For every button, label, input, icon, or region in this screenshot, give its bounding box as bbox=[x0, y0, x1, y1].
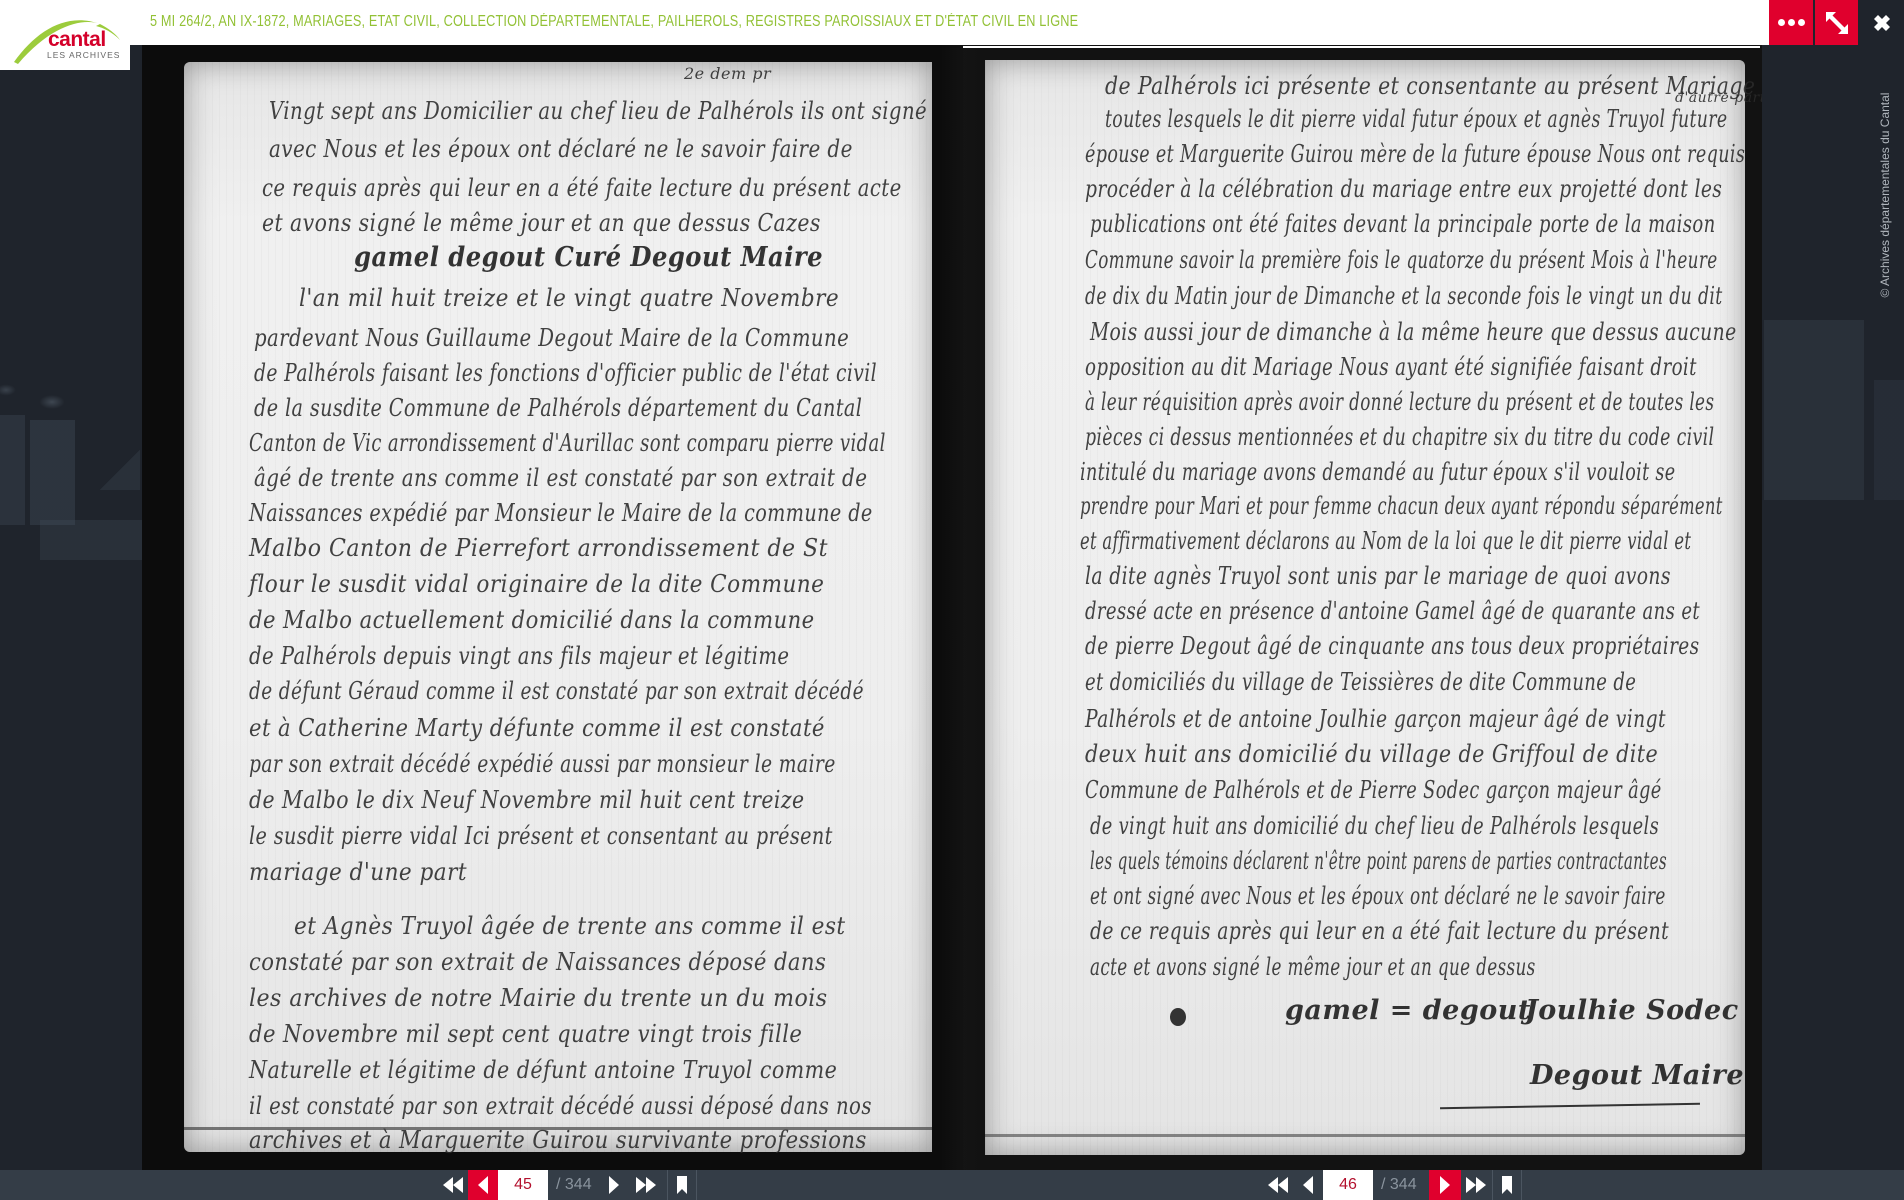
triangle-right-icon bbox=[1439, 1175, 1451, 1195]
triangle-left-icon bbox=[477, 1175, 489, 1195]
nav-divider bbox=[696, 1170, 697, 1200]
handwritten-line: de vingt huit ans domicilié du chef lieu… bbox=[1090, 812, 1659, 840]
bookmark-button[interactable] bbox=[668, 1170, 696, 1200]
handwritten-line: pardevant Nous Guillaume Degout Maire de… bbox=[254, 324, 849, 352]
page-total: / 344 bbox=[1381, 1176, 1417, 1194]
handwritten-line: le susdit pierre vidal Ici présent et co… bbox=[249, 822, 833, 850]
handwritten-line: acte et avons signé le même jour et an q… bbox=[1090, 953, 1536, 981]
handwritten-line: Palhérols et de antoine Joulhie garçon m… bbox=[1085, 705, 1666, 733]
handwritten-line: opposition au dit Mariage Nous ayant été… bbox=[1085, 353, 1697, 381]
handwritten-line: de défunt Géraud comme il est constaté p… bbox=[249, 677, 864, 705]
handwritten-line: et domiciliés du village de Teissières d… bbox=[1085, 668, 1636, 696]
signature: Joulhie Sodec bbox=[1525, 995, 1739, 1026]
more-options-button[interactable] bbox=[1769, 0, 1813, 45]
nav-divider bbox=[1521, 1170, 1522, 1200]
handwritten-line: Commune savoir la première fois le quato… bbox=[1085, 246, 1718, 274]
handwritten-line: de Palhérols ici présente et consentante… bbox=[1105, 72, 1755, 100]
right-page-navigation: / 344 bbox=[1263, 1170, 1533, 1200]
expand-arrows-icon bbox=[1823, 9, 1851, 37]
paper-left: 2e dem pr Vingt sept ans Domicilier au c… bbox=[184, 62, 932, 1152]
scan-page-left[interactable]: 2e dem pr Vingt sept ans Domicilier au c… bbox=[142, 45, 964, 1170]
handwritten-line: Canton de Vic arrondissement d'Aurillac … bbox=[249, 429, 886, 457]
signature-underline bbox=[1440, 1103, 1700, 1110]
document-title: 5 MI 264/2, AN IX-1872, MARIAGES, ETAT C… bbox=[150, 13, 1078, 31]
handwritten-line: Naissances expédié par Monsieur le Maire… bbox=[249, 499, 873, 527]
page-number-input[interactable] bbox=[1323, 1170, 1373, 1200]
page-total: / 344 bbox=[556, 1176, 592, 1194]
paper-right: de Palhérols ici présente et consentante… bbox=[985, 60, 1745, 1155]
next-page-button[interactable] bbox=[1429, 1170, 1461, 1200]
handwritten-line: intitulé du mariage avons demandé au fut… bbox=[1080, 458, 1676, 486]
ellipsis-icon bbox=[1778, 19, 1805, 26]
signature: Degout Maire bbox=[1530, 1060, 1744, 1091]
ink-blot bbox=[1170, 1008, 1186, 1026]
fullscreen-button[interactable] bbox=[1815, 0, 1858, 45]
logo-wordmark: cantal bbox=[48, 28, 106, 52]
close-icon bbox=[1870, 11, 1894, 35]
handwritten-line: publications ont été faites devant la pr… bbox=[1090, 210, 1716, 238]
handwritten-line: Naturelle et légitime de défunt antoine … bbox=[249, 1056, 837, 1084]
close-button[interactable] bbox=[1860, 0, 1904, 45]
handwritten-line: de Novembre mil sept cent quatre vingt t… bbox=[249, 1020, 802, 1048]
bookmark-button[interactable] bbox=[1493, 1170, 1521, 1200]
handwritten-line: et affirmativement déclarons au Nom de l… bbox=[1080, 527, 1691, 555]
background-artwork-right bbox=[1764, 300, 1904, 520]
first-page-button[interactable] bbox=[438, 1170, 468, 1200]
double-chevron-right-icon bbox=[1465, 1176, 1487, 1194]
handwritten-line: les quels témoins déclarent n'être point… bbox=[1090, 847, 1667, 875]
handwritten-line: de dix du Matin jour de Dimanche et la s… bbox=[1085, 282, 1723, 310]
bottom-navigation-bar: / 344 / 344 bbox=[0, 1170, 1904, 1200]
handwritten-line: deux huit ans domicilié du village de Gr… bbox=[1085, 740, 1658, 768]
double-chevron-right-icon bbox=[635, 1176, 657, 1194]
page-number-input[interactable] bbox=[498, 1170, 548, 1200]
margin-note: d'autre part bbox=[1675, 90, 1762, 106]
handwritten-line: de Palhérols faisant les fonctions d'off… bbox=[254, 359, 877, 387]
handwritten-line: ce requis après qui leur en a été faite … bbox=[262, 174, 902, 202]
handwritten-line: avec Nous et les époux ont déclaré ne le… bbox=[269, 135, 853, 163]
handwritten-line: et à Catherine Marty défunte comme il es… bbox=[249, 714, 825, 742]
handwritten-line: les archives de notre Mairie du trente u… bbox=[249, 984, 828, 1012]
handwritten-line: et avons signé le même jour et an que de… bbox=[262, 209, 821, 237]
logo-subtitle: LES ARCHIVES bbox=[47, 50, 120, 60]
handwritten-line: l'an mil huit treize et le vingt quatre … bbox=[299, 284, 839, 312]
handwritten-line: mariage d'une part bbox=[249, 858, 467, 886]
copyright-notice: © Archives départementales du Cantal bbox=[1878, 93, 1892, 298]
left-page-navigation: / 344 bbox=[438, 1170, 708, 1200]
triangle-left-icon bbox=[1302, 1175, 1314, 1195]
handwritten-line: de la susdite Commune de Palhérols dépar… bbox=[254, 394, 862, 422]
double-chevron-left-icon bbox=[442, 1176, 464, 1194]
page-top-rule bbox=[963, 46, 1760, 48]
handwritten-line: de pierre Degout âgé de cinquante ans to… bbox=[1085, 632, 1700, 660]
handwritten-line: procéder à la célébration du mariage ent… bbox=[1085, 175, 1722, 203]
handwritten-line: prendre pour Mari et pour femme chacun d… bbox=[1080, 492, 1723, 520]
handwritten-line: de ce requis après qui leur en a été fai… bbox=[1090, 917, 1669, 945]
background-artwork-left bbox=[0, 330, 150, 560]
handwritten-line: constaté par son extrait de Naissances d… bbox=[249, 948, 826, 976]
next-page-button[interactable] bbox=[600, 1170, 628, 1200]
handwritten-line: pièces ci dessus mentionnées et du chapi… bbox=[1085, 423, 1714, 451]
handwritten-line: épouse et Marguerite Guirou mère de la f… bbox=[1085, 140, 1745, 168]
handwritten-line: toutes lesquels le dit pierre vidal futu… bbox=[1105, 105, 1727, 133]
double-chevron-left-icon bbox=[1267, 1176, 1289, 1194]
triangle-right-icon bbox=[608, 1175, 620, 1195]
first-page-button[interactable] bbox=[1263, 1170, 1293, 1200]
cantal-logo[interactable]: cantal LES ARCHIVES bbox=[0, 0, 130, 70]
signature-line: gamel degout Curé Degout Maire bbox=[354, 242, 823, 273]
handwritten-line: dressé acte en présence d'antoine Gamel … bbox=[1085, 597, 1700, 625]
handwritten-line: de Malbo actuellement domicilié dans la … bbox=[249, 606, 815, 634]
handwritten-line: Commune de Palhérols et de Pierre Sodec … bbox=[1085, 776, 1662, 804]
handwritten-line: de Malbo le dix Neuf Novembre mil huit c… bbox=[249, 786, 805, 814]
handwritten-line: et Agnès Truyol âgée de trente ans comme… bbox=[294, 912, 846, 940]
handwritten-line: flour le susdit vidal originaire de la d… bbox=[249, 570, 824, 598]
previous-page-button[interactable] bbox=[468, 1170, 498, 1200]
bookmark-icon bbox=[1501, 1175, 1513, 1195]
handwritten-line: Malbo Canton de Pierrefort arrondissemen… bbox=[249, 534, 828, 562]
last-page-button[interactable] bbox=[628, 1170, 664, 1200]
handwritten-line: et ont signé avec Nous et les époux ont … bbox=[1090, 882, 1666, 910]
header-bar: 5 MI 264/2, AN IX-1872, MARIAGES, ETAT C… bbox=[0, 0, 1769, 45]
handwritten-line: à leur réquisition après avoir donné lec… bbox=[1085, 388, 1714, 416]
handwritten-line: de Palhérols depuis vingt ans fils majeu… bbox=[249, 642, 789, 670]
handwritten-line: Vingt sept ans Domicilier au chef lieu d… bbox=[269, 97, 927, 125]
signature: gamel = degout bbox=[1285, 995, 1531, 1026]
handwritten-line: archives et à Marguerite Guirou survivan… bbox=[249, 1126, 867, 1154]
bookmark-icon bbox=[676, 1175, 688, 1195]
scan-page-right[interactable]: de Palhérols ici présente et consentante… bbox=[963, 45, 1762, 1170]
last-page-button[interactable] bbox=[1461, 1170, 1491, 1200]
previous-page-button[interactable] bbox=[1293, 1170, 1323, 1200]
handwritten-line: par son extrait décédé expédié aussi par… bbox=[249, 750, 836, 778]
handwritten-line: il est constaté par son extrait décédé a… bbox=[249, 1092, 872, 1120]
margin-note: 2e dem pr bbox=[684, 64, 771, 83]
handwritten-line: âgé de trente ans comme il est constaté … bbox=[254, 464, 867, 492]
handwritten-line: Mois aussi jour de dimanche à la même he… bbox=[1090, 318, 1737, 346]
handwritten-line: la dite agnès Truyol sont unis par le ma… bbox=[1085, 562, 1671, 590]
